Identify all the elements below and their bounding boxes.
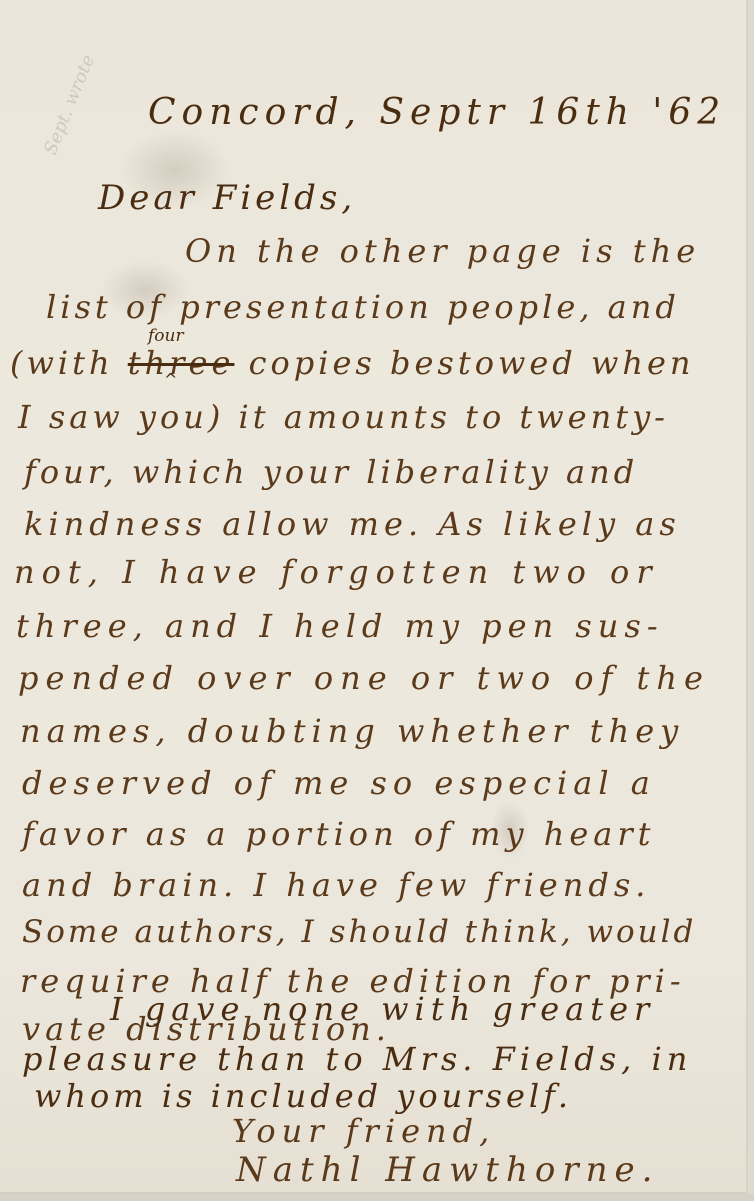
insertion-caret: ^ [164, 370, 177, 389]
salutation: Dear Fields, [98, 178, 356, 218]
body-line-rest: copies bestowed when [249, 344, 695, 382]
body-line: kindness allow me. As likely as [24, 505, 681, 543]
body-line: pleasure than to Mrs. Fields, in [22, 1040, 692, 1078]
page-edge-bottom [0, 1194, 754, 1201]
body-line: Some authors, I should think, would [22, 914, 696, 950]
body-line: I gave none with greater [110, 990, 655, 1028]
body-line: names, doubting whether they [20, 712, 684, 750]
pencil-annotation: Sept. wrote [40, 52, 99, 158]
body-line: deserved of me so especial a [22, 764, 656, 802]
body-line: favor as a portion of my heart [22, 815, 656, 853]
page-edge-right [748, 0, 754, 1201]
closing: Your friend, [232, 1112, 495, 1150]
body-line: list of presentation people, and [46, 288, 680, 326]
place-date-heading: Concord, Septr 16th '62 [148, 92, 726, 133]
signature: Nathl Hawthorne. [236, 1150, 659, 1190]
body-line: and brain. I have few friends. [22, 866, 650, 904]
body-line: three, and I held my pen sus- [16, 607, 664, 645]
body-line: On the other page is the [185, 232, 700, 270]
correction-line: (with three copies bestowed when [10, 344, 695, 382]
struck-word: three [128, 344, 235, 382]
body-line: I saw you) it amounts to twenty- [18, 398, 669, 436]
body-line: pended over one or two of the [18, 659, 710, 697]
correction-prefix: (with [10, 344, 114, 382]
body-line: four, which your liberality and [24, 453, 638, 491]
body-line: not, I have forgotten two or [14, 553, 659, 591]
inserted-word: four [148, 326, 184, 346]
letter-page: Sept. wrote Concord, Septr 16th '62 Dear… [0, 0, 748, 1194]
body-line: whom is included yourself. [34, 1077, 572, 1115]
